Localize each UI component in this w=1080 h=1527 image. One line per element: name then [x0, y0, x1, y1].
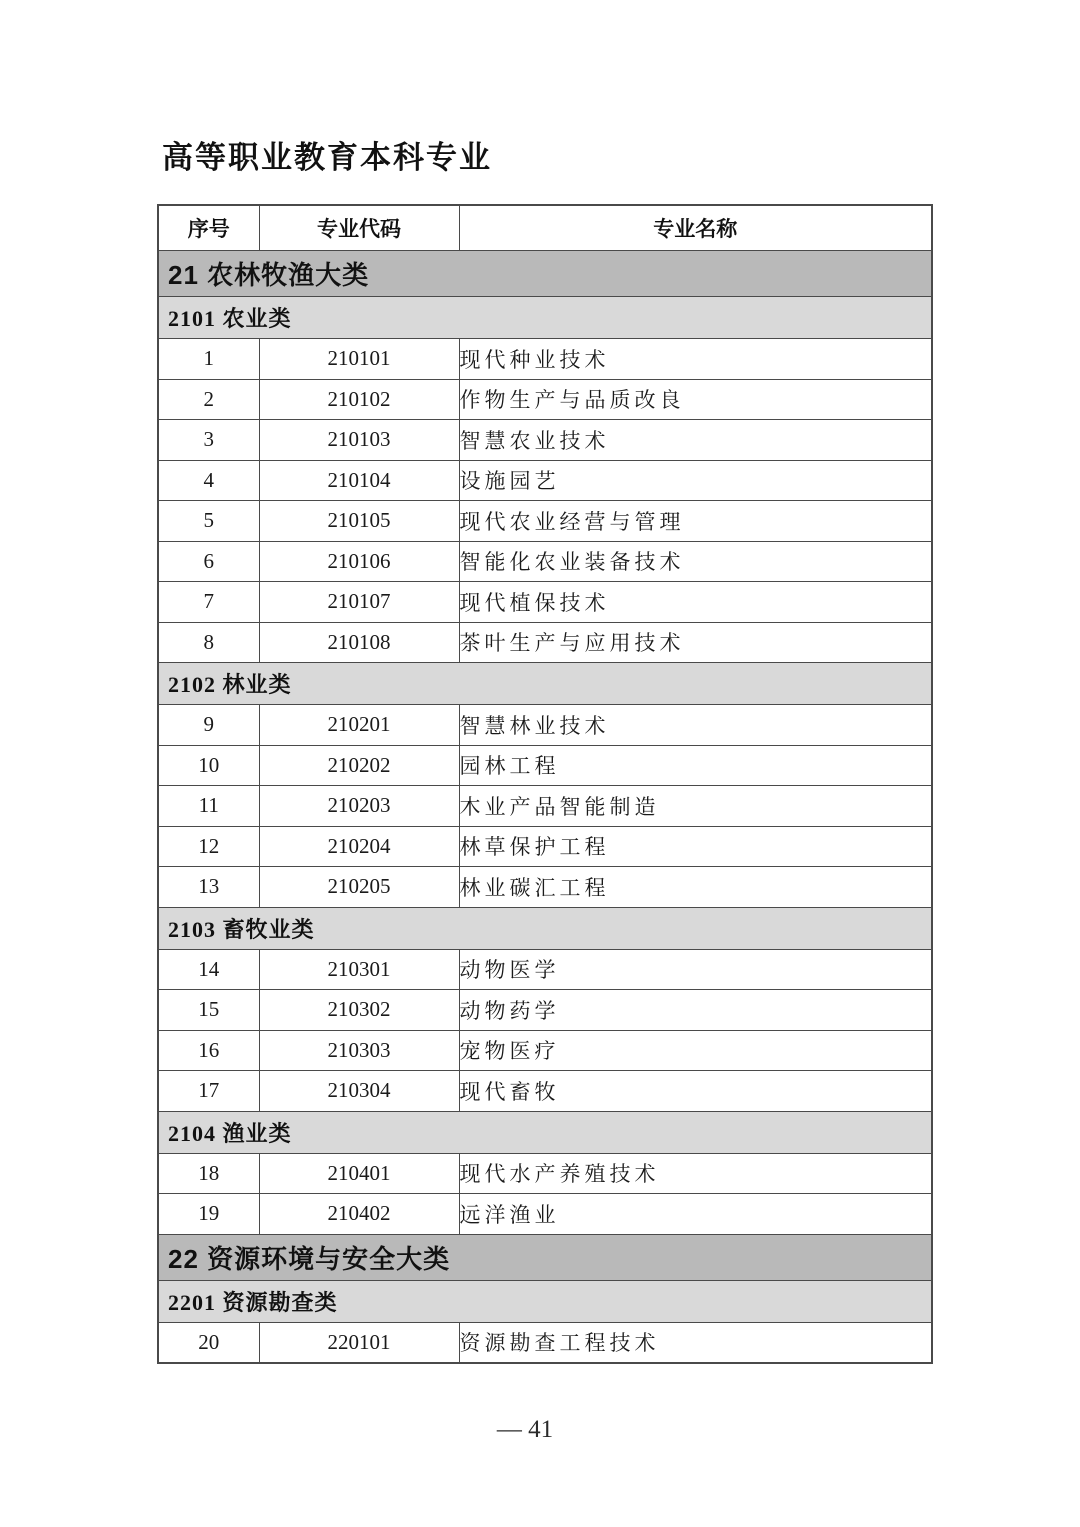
cell-name: 智慧农业技术	[459, 420, 932, 461]
cell-code: 210108	[259, 622, 459, 663]
cell-no: 6	[158, 541, 259, 582]
table-row: 6210106智能化农业装备技术	[158, 541, 932, 582]
cell-name: 现代农业经营与管理	[459, 501, 932, 542]
cell-code: 210303	[259, 1030, 459, 1071]
table-row: 20220101资源勘查工程技术	[158, 1322, 932, 1363]
cell-code: 210106	[259, 541, 459, 582]
subsection-label: 2103 畜牧业类	[158, 907, 932, 949]
page-title: 高等职业教育本科专业	[162, 132, 492, 177]
cell-code: 210304	[259, 1071, 459, 1112]
section-row: 22 资源环境与安全大类	[158, 1234, 932, 1280]
table-row: 4210104设施园艺	[158, 460, 932, 501]
cell-no: 10	[158, 745, 259, 786]
subsection-row: 2101 农业类	[158, 297, 932, 339]
table-row: 14210301动物医学	[158, 949, 932, 990]
cell-name: 作物生产与品质改良	[459, 379, 932, 420]
cell-name: 现代种业技术	[459, 339, 932, 380]
table-row: 10210202园林工程	[158, 745, 932, 786]
cell-name: 智慧林业技术	[459, 705, 932, 746]
cell-code: 210203	[259, 786, 459, 827]
cell-name: 动物医学	[459, 949, 932, 990]
table-row: 12210204林草保护工程	[158, 826, 932, 867]
cell-name: 现代水产养殖技术	[459, 1153, 932, 1194]
cell-code: 210302	[259, 990, 459, 1031]
cell-name: 现代畜牧	[459, 1071, 932, 1112]
cell-no: 3	[158, 420, 259, 461]
cell-code: 210401	[259, 1153, 459, 1194]
cell-name: 智能化农业装备技术	[459, 541, 932, 582]
table-row: 2210102作物生产与品质改良	[158, 379, 932, 420]
cell-no: 7	[158, 582, 259, 623]
cell-code: 210402	[259, 1194, 459, 1235]
document-page: 高等职业教育本科专业 序号 专业代码 专业名称 21 农林牧渔大类2101 农业…	[0, 0, 1080, 1527]
subsection-row: 2102 林业类	[158, 663, 932, 705]
cell-code: 210202	[259, 745, 459, 786]
header-cell-no: 序号	[158, 205, 259, 251]
subsection-label: 2101 农业类	[158, 297, 932, 339]
cell-code: 210102	[259, 379, 459, 420]
subsection-row: 2201 资源勘查类	[158, 1280, 932, 1322]
cell-name: 茶叶生产与应用技术	[459, 622, 932, 663]
table-row: 7210107现代植保技术	[158, 582, 932, 623]
cell-name: 木业产品智能制造	[459, 786, 932, 827]
cell-name: 动物药学	[459, 990, 932, 1031]
cell-code: 210105	[259, 501, 459, 542]
cell-name: 设施园艺	[459, 460, 932, 501]
cell-code: 210101	[259, 339, 459, 380]
cell-no: 5	[158, 501, 259, 542]
majors-table-body: 21 农林牧渔大类2101 农业类1210101现代种业技术2210102作物生…	[158, 251, 932, 1364]
table-row: 1210101现代种业技术	[158, 339, 932, 380]
cell-name: 林业碳汇工程	[459, 867, 932, 908]
cell-no: 12	[158, 826, 259, 867]
table-header-row: 序号 专业代码 专业名称	[158, 205, 932, 251]
table-row: 8210108茶叶生产与应用技术	[158, 622, 932, 663]
subsection-label: 2201 资源勘查类	[158, 1280, 932, 1322]
table-row: 11210203木业产品智能制造	[158, 786, 932, 827]
cell-no: 2	[158, 379, 259, 420]
cell-no: 20	[158, 1322, 259, 1363]
table-row: 18210401现代水产养殖技术	[158, 1153, 932, 1194]
cell-name: 资源勘查工程技术	[459, 1322, 932, 1363]
cell-no: 13	[158, 867, 259, 908]
cell-no: 4	[158, 460, 259, 501]
cell-name: 林草保护工程	[459, 826, 932, 867]
cell-name: 现代植保技术	[459, 582, 932, 623]
subsection-label: 2104 渔业类	[158, 1111, 932, 1153]
section-row: 21 农林牧渔大类	[158, 251, 932, 297]
cell-name: 宠物医疗	[459, 1030, 932, 1071]
table-row: 15210302动物药学	[158, 990, 932, 1031]
cell-no: 8	[158, 622, 259, 663]
page-number: — 41	[0, 1416, 1050, 1444]
cell-no: 17	[158, 1071, 259, 1112]
cell-code: 210301	[259, 949, 459, 990]
table-row: 9210201智慧林业技术	[158, 705, 932, 746]
cell-code: 210204	[259, 826, 459, 867]
cell-code: 210107	[259, 582, 459, 623]
cell-code: 210103	[259, 420, 459, 461]
cell-no: 16	[158, 1030, 259, 1071]
majors-table: 序号 专业代码 专业名称 21 农林牧渔大类2101 农业类1210101现代种…	[157, 204, 933, 1364]
cell-code: 210205	[259, 867, 459, 908]
table-row: 3210103智慧农业技术	[158, 420, 932, 461]
cell-no: 19	[158, 1194, 259, 1235]
cell-no: 14	[158, 949, 259, 990]
subsection-row: 2103 畜牧业类	[158, 907, 932, 949]
header-cell-name: 专业名称	[459, 205, 932, 251]
table-row: 19210402远洋渔业	[158, 1194, 932, 1235]
section-label: 21 农林牧渔大类	[158, 251, 932, 297]
cell-no: 9	[158, 705, 259, 746]
cell-name: 远洋渔业	[459, 1194, 932, 1235]
table-row: 16210303宠物医疗	[158, 1030, 932, 1071]
table-row: 5210105现代农业经营与管理	[158, 501, 932, 542]
table-row: 17210304现代畜牧	[158, 1071, 932, 1112]
header-cell-code: 专业代码	[259, 205, 459, 251]
section-label: 22 资源环境与安全大类	[158, 1234, 932, 1280]
subsection-label: 2102 林业类	[158, 663, 932, 705]
cell-no: 18	[158, 1153, 259, 1194]
cell-no: 11	[158, 786, 259, 827]
cell-code: 210201	[259, 705, 459, 746]
cell-code: 220101	[259, 1322, 459, 1363]
cell-no: 15	[158, 990, 259, 1031]
cell-name: 园林工程	[459, 745, 932, 786]
cell-no: 1	[158, 339, 259, 380]
table-row: 13210205林业碳汇工程	[158, 867, 932, 908]
cell-code: 210104	[259, 460, 459, 501]
subsection-row: 2104 渔业类	[158, 1111, 932, 1153]
